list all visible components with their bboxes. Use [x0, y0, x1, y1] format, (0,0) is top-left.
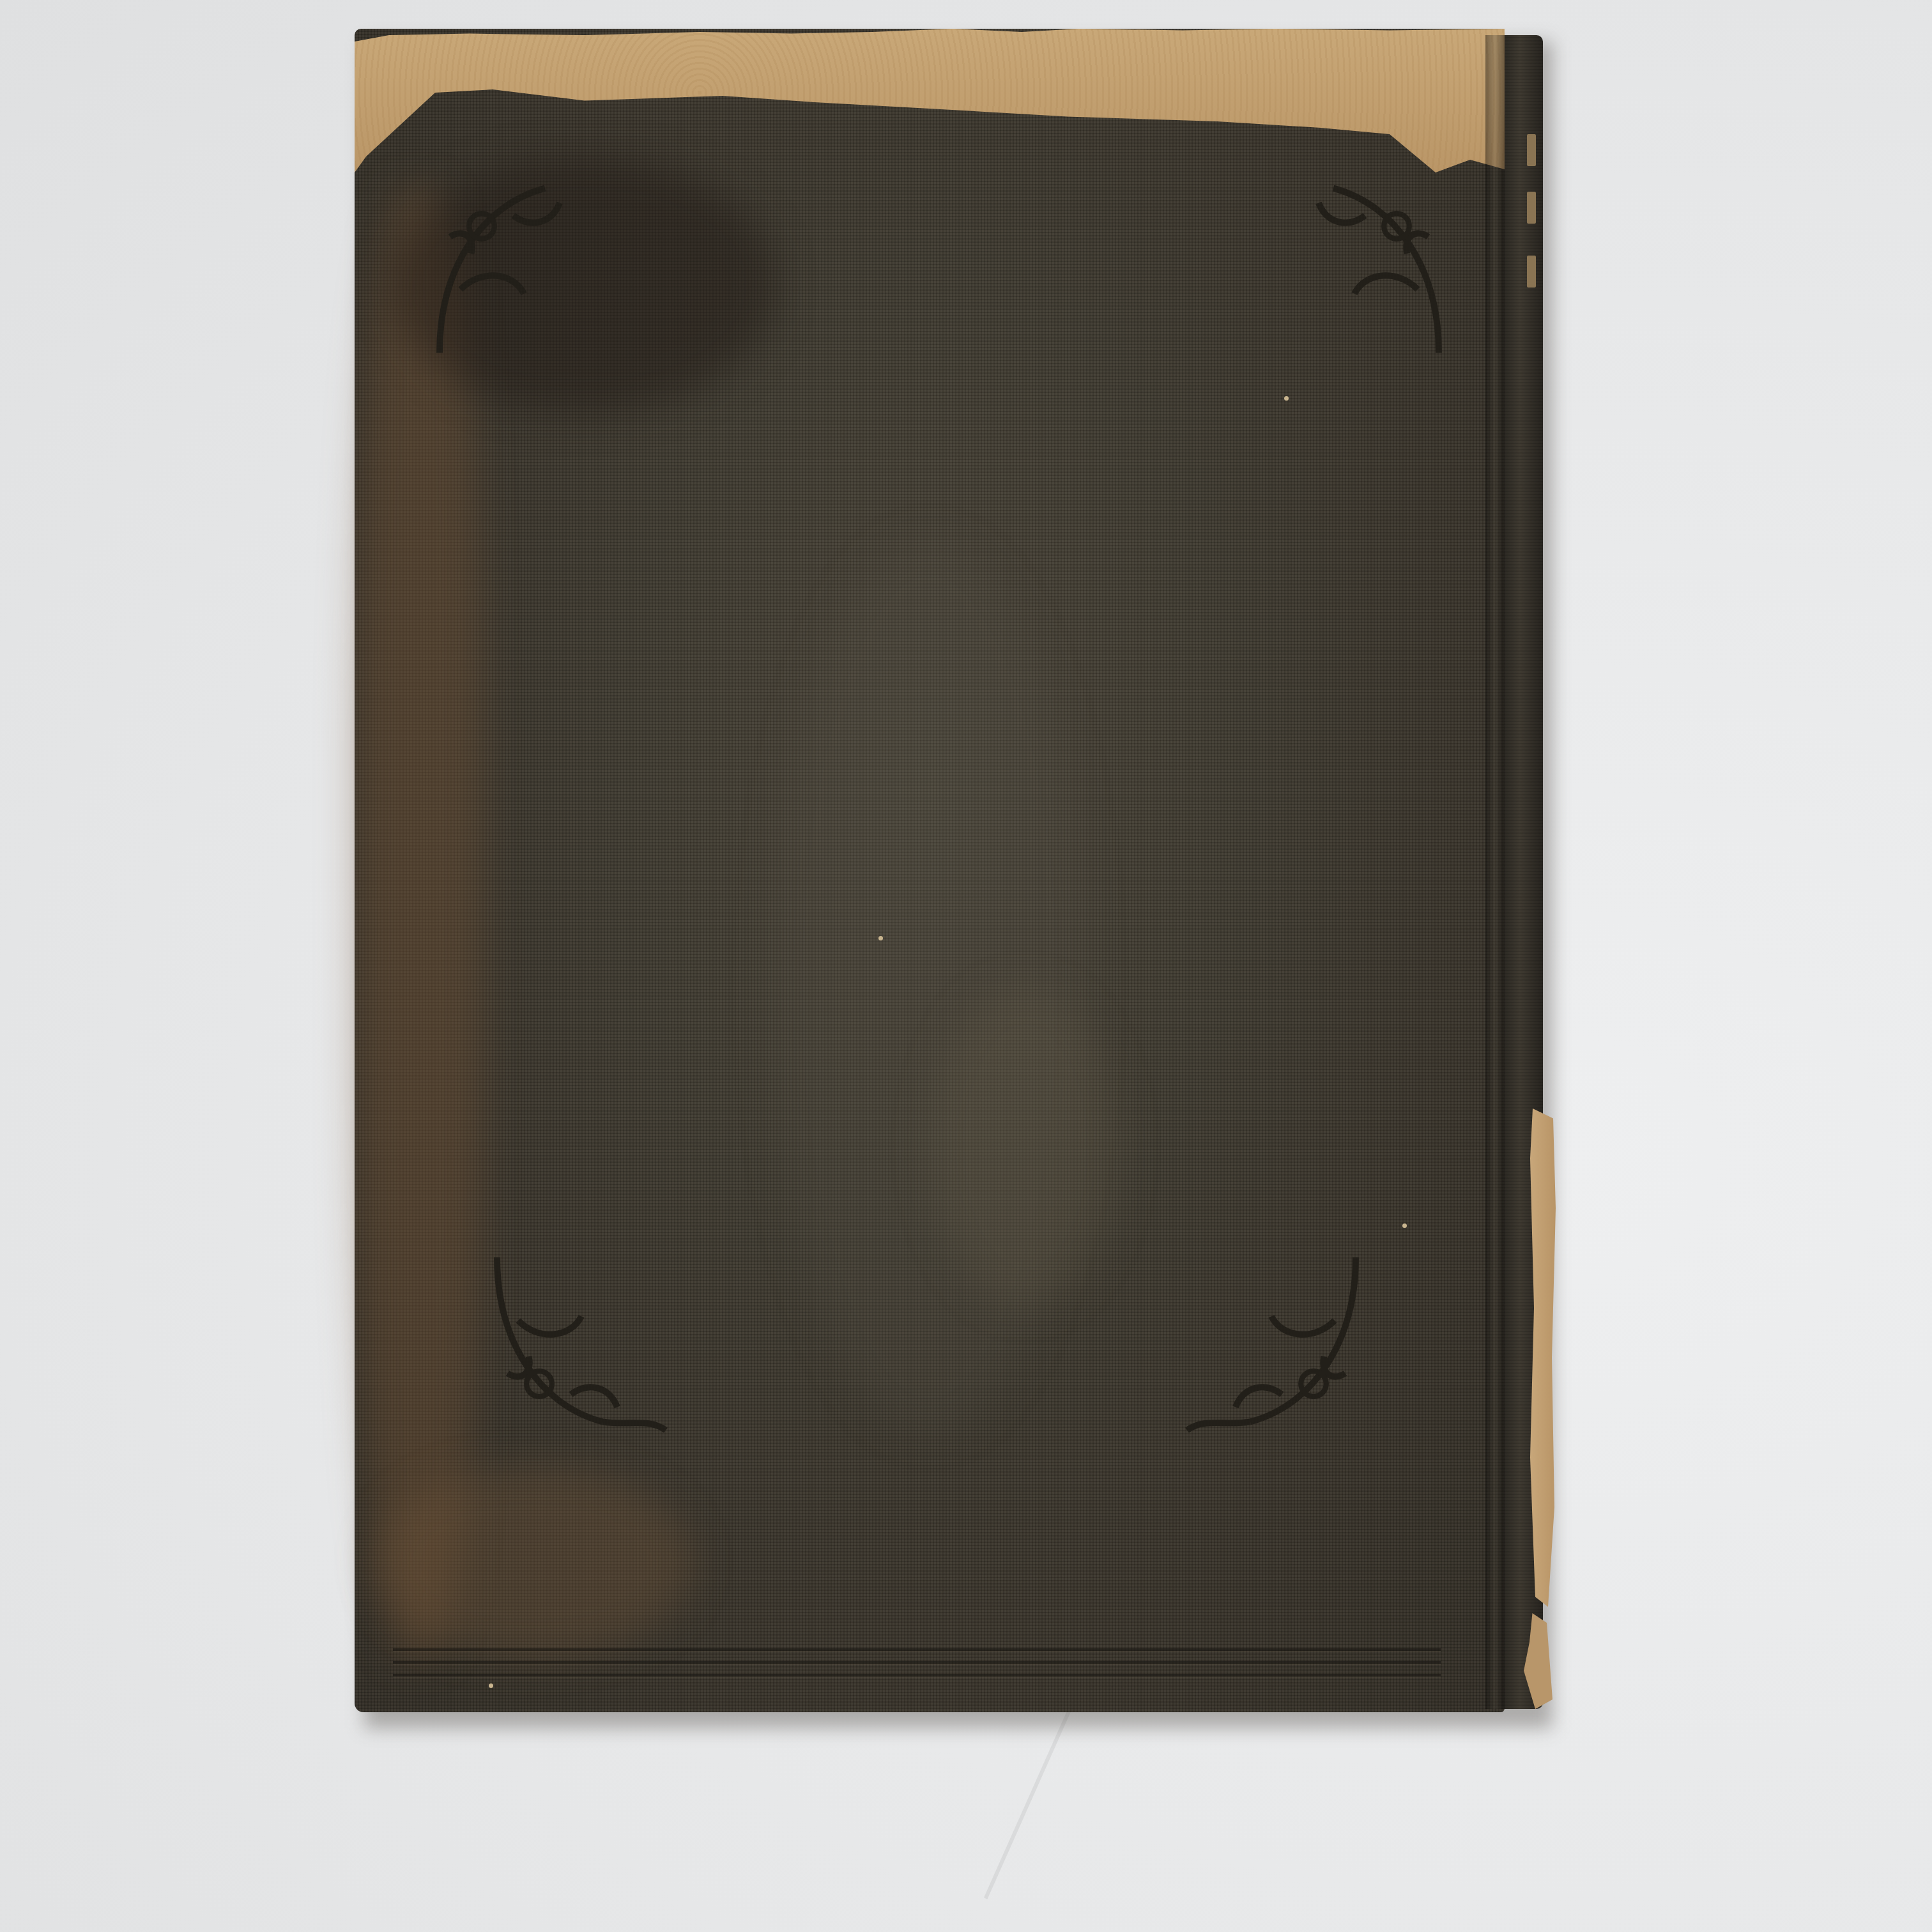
- ornament-top-left-icon: [418, 163, 629, 374]
- ornament-bottom-right-icon: [1166, 1236, 1377, 1447]
- wear-speck: [1284, 396, 1289, 401]
- spine-band: [1527, 134, 1536, 166]
- ruled-line: [393, 1648, 1441, 1651]
- wear-speck: [1402, 1223, 1407, 1228]
- ornament-bottom-left-icon: [476, 1236, 687, 1447]
- ornament-top-right-icon: [1249, 163, 1460, 374]
- ruled-line: [393, 1661, 1441, 1664]
- wear-speck: [878, 936, 883, 940]
- wear-speck: [489, 1683, 493, 1688]
- ruled-line: [393, 1674, 1441, 1676]
- spine-tear: [1530, 1108, 1556, 1607]
- spine-band: [1527, 192, 1536, 224]
- stain: [355, 188, 482, 1658]
- book: [355, 29, 1540, 1712]
- stain: [930, 987, 1121, 1307]
- hinge: [1485, 35, 1505, 1709]
- spine-band: [1527, 256, 1536, 287]
- stain: [374, 1466, 693, 1658]
- back-cover: [355, 29, 1505, 1712]
